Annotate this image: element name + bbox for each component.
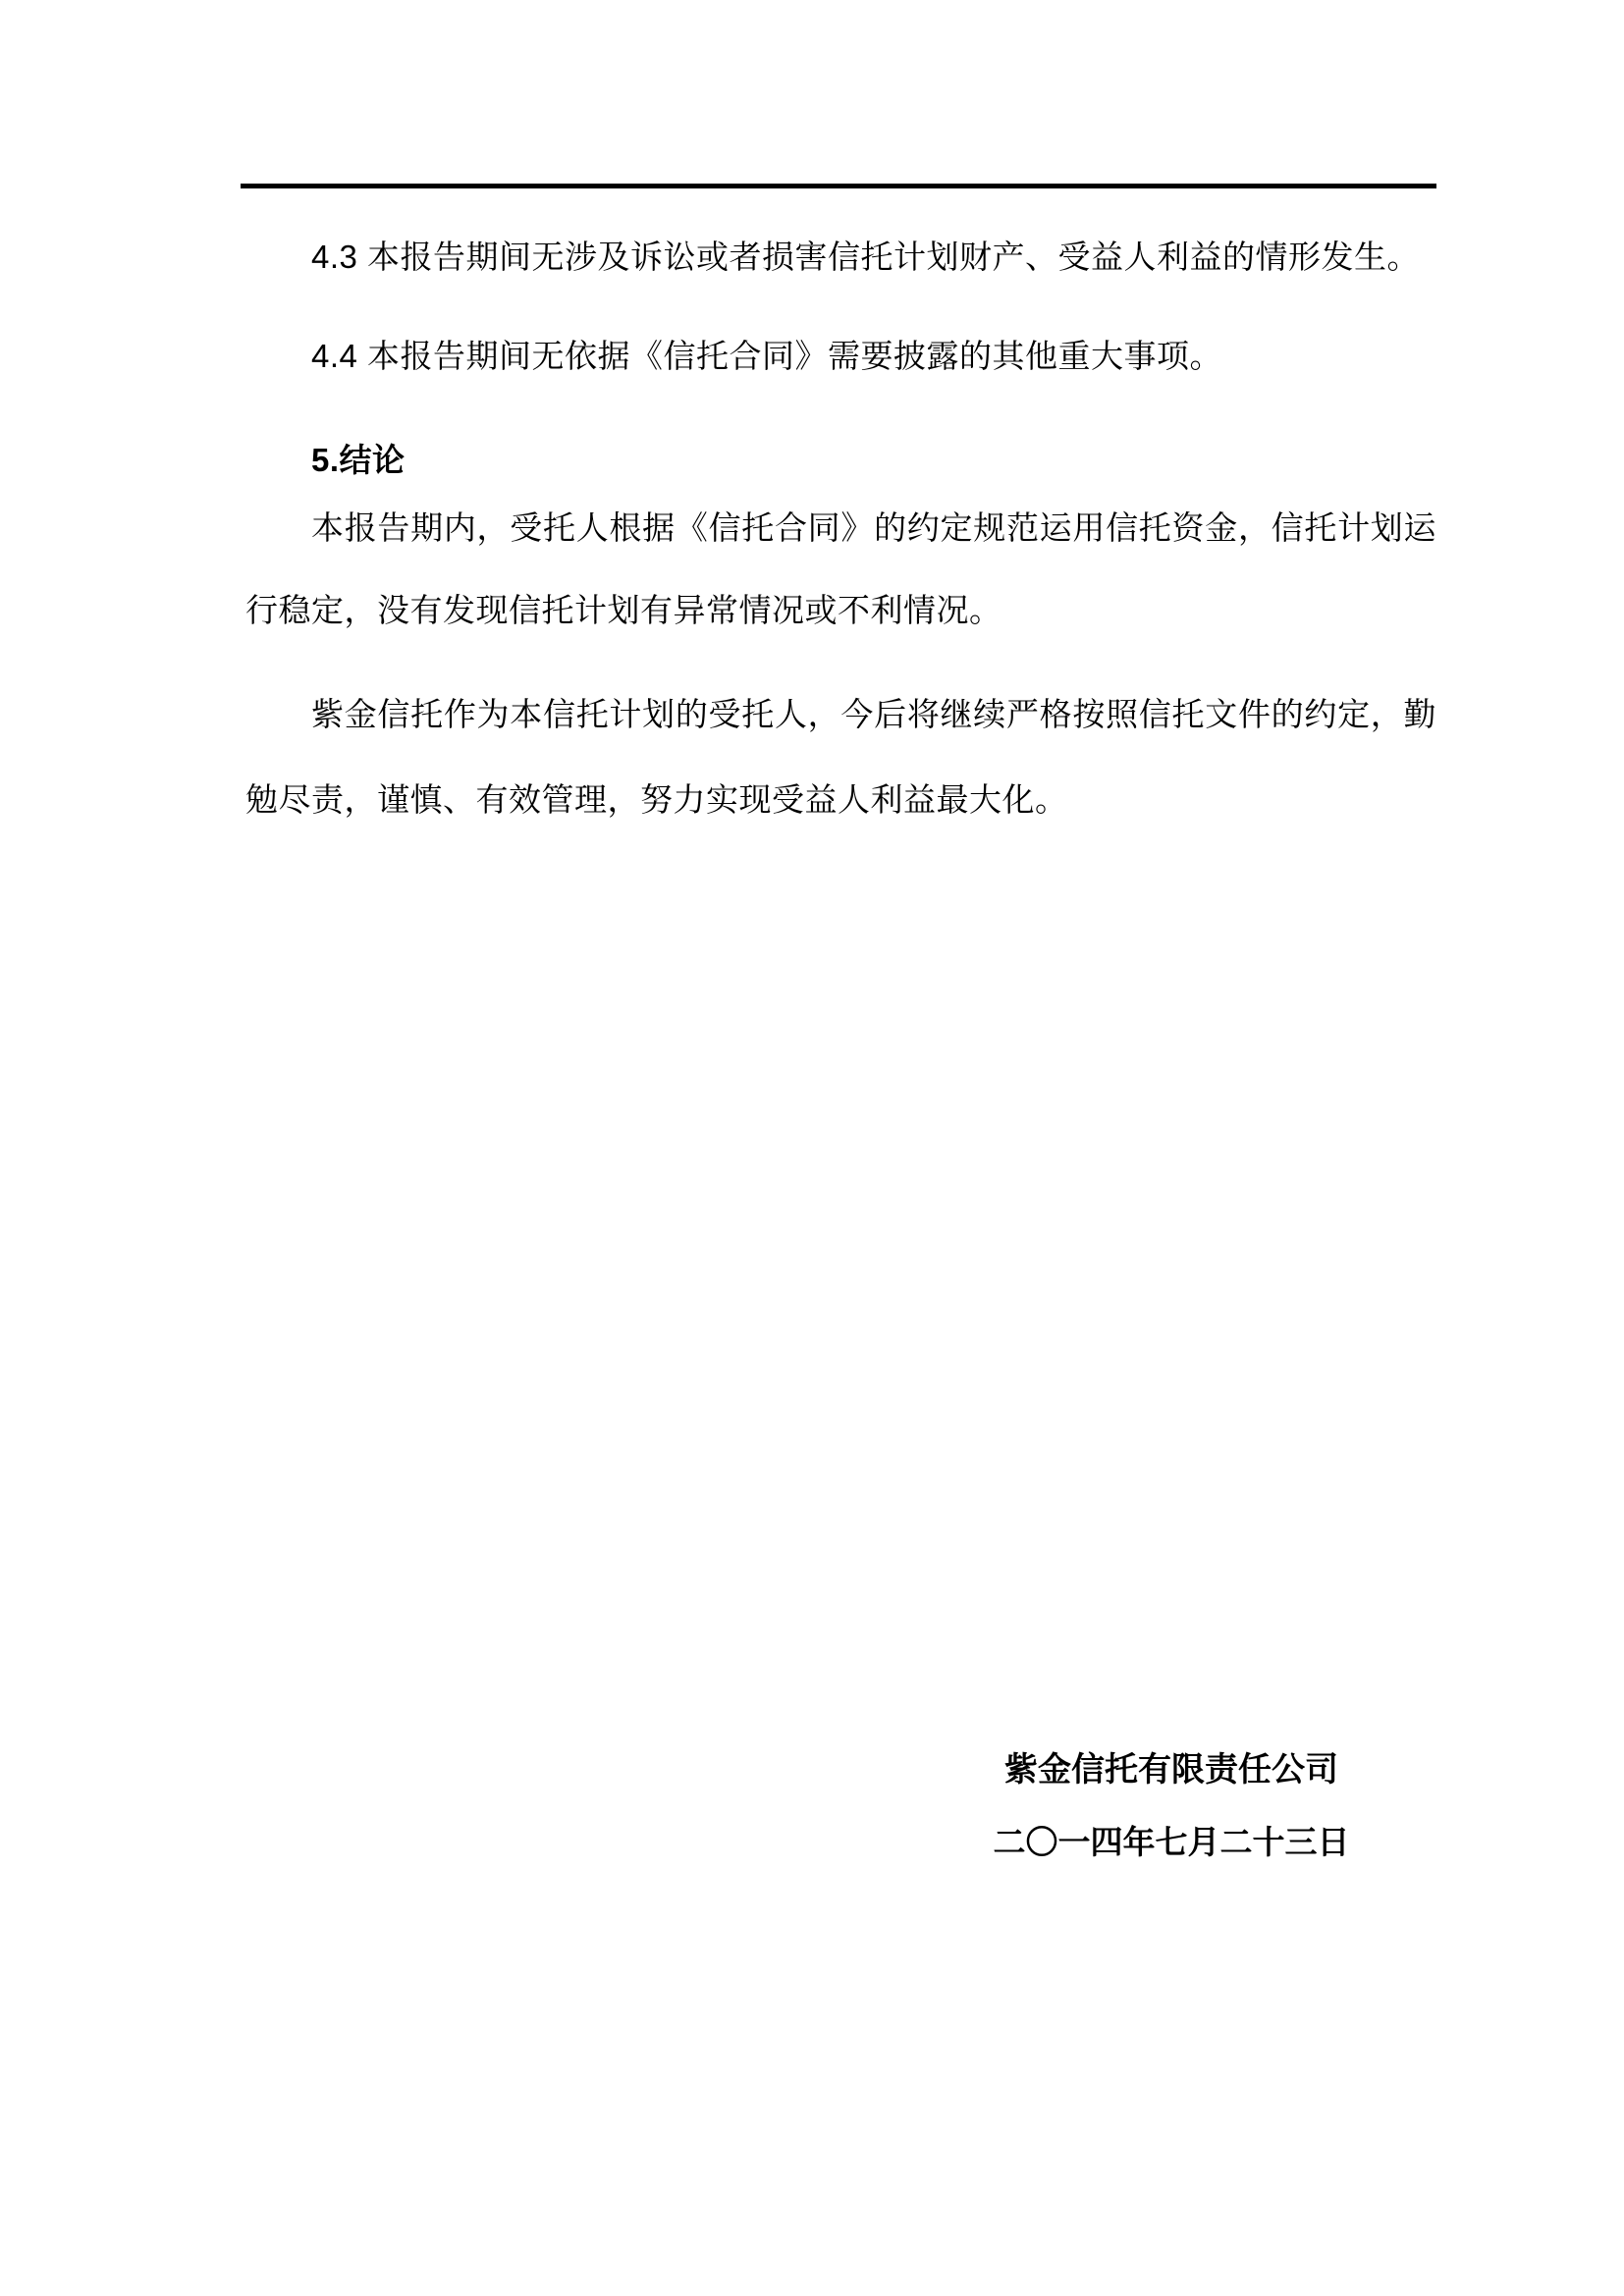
commitment-paragraph-line-1: 紫金信托作为本信托计划的受托人，今后将继续严格按照信托文件的约定，勤	[311, 695, 1436, 734]
signature-date: 二〇一四年七月二十三日	[936, 1823, 1407, 1862]
signature-company-name: 紫金信托有限责任公司	[936, 1750, 1407, 1789]
conclusion-paragraph-line-1: 本报告期内，受托人根据《信托合同》的约定规范运用信托资金，信托计划运	[311, 508, 1436, 548]
section-4-3-text: 4.3 本报告期间无涉及诉讼或者损害信托计划财产、受益人利益的情形发生。	[311, 238, 1420, 277]
section-5-heading: 5.结论	[311, 441, 406, 480]
header-rule	[241, 184, 1436, 188]
section-4-4-text: 4.4 本报告期间无依据《信托合同》需要披露的其他重大事项。	[311, 337, 1222, 376]
conclusion-paragraph-line-2: 行稳定，没有发现信托计划有异常情况或不利情况。	[245, 591, 1002, 630]
commitment-paragraph-line-2: 勉尽责，谨慎、有效管理，努力实现受益人利益最大化。	[245, 780, 1068, 820]
signature-block: 紫金信托有限责任公司 二〇一四年七月二十三日	[936, 1750, 1407, 1862]
document-page: 4.3 本报告期间无涉及诉讼或者损害信托计划财产、受益人利益的情形发生。 4.4…	[0, 0, 1624, 2296]
